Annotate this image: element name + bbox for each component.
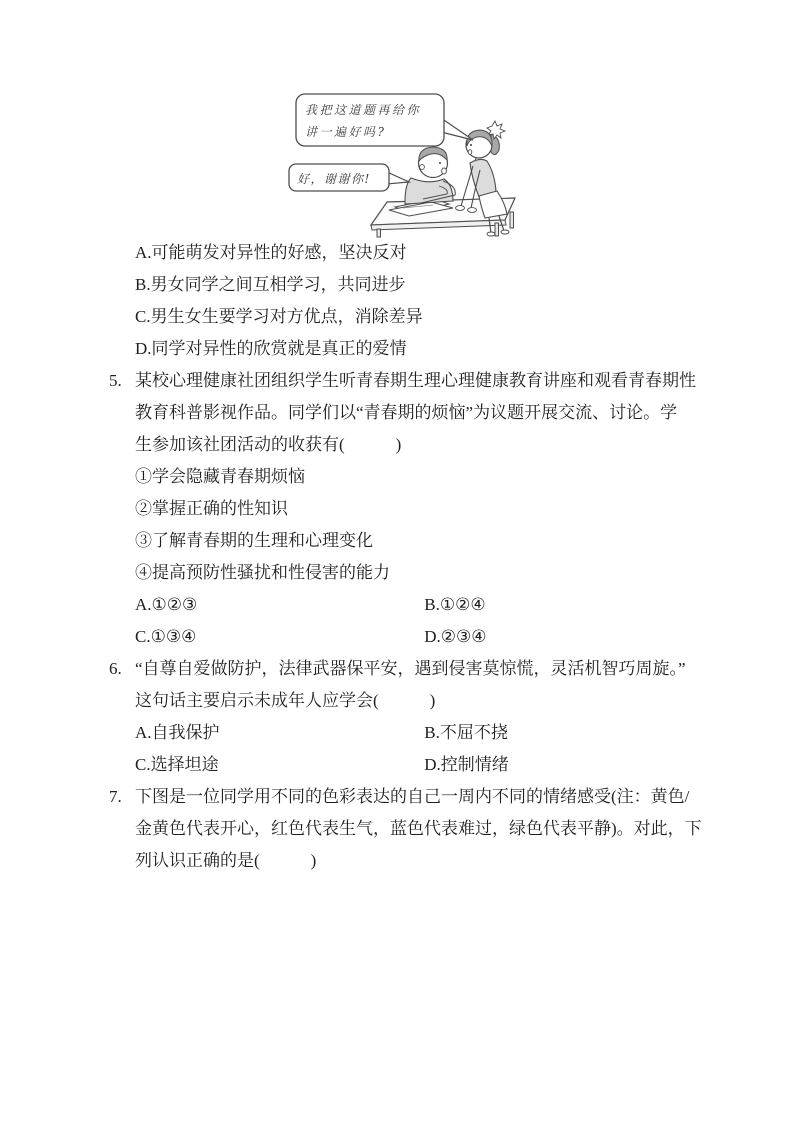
question-text: 这句话主要启示未成年人应学会( ) xyxy=(135,691,435,710)
question-text: 列认识正确的是( ) xyxy=(135,851,316,870)
cartoon-svg: 我把这道题再给你 讲一遍好吗? 好，谢谢你! xyxy=(283,86,589,238)
document-page: 我把这道题再给你 讲一遍好吗? 好，谢谢你! A.可能萌发对异性的好感，坚决反对… xyxy=(0,0,793,1122)
q5-item-4: ④提高预防性骚扰和性侵害的能力 xyxy=(0,557,793,589)
q5-option-row-1: A.①②③ B.①②④ xyxy=(0,589,793,621)
option-text: A.可能萌发对异性的好感，坚决反对 xyxy=(135,243,407,262)
question-text: 教育科普影视作品。同学们以“青春期的烦恼”为议题开展交流、讨论。学 xyxy=(135,403,677,422)
question-text: 生参加该社团活动的收获有( ) xyxy=(135,435,401,454)
q6-option-c: C.选择坦途 xyxy=(135,749,420,781)
option-text: B.男女同学之间互相学习，共同进步 xyxy=(135,275,406,294)
question-text: 下图是一位同学用不同的色彩表达的自己一周内不同的情绪感受(注：黄色/ xyxy=(135,787,689,806)
bubble1-line2: 讲一遍好吗? xyxy=(305,125,386,139)
q4-option-b: B.男女同学之间互相学习，共同进步 xyxy=(0,269,793,301)
q7-line-3: 列认识正确的是( ) xyxy=(0,845,793,877)
question-text: 金黄色代表开心，红色代表生气，蓝色代表难过，绿色代表平静)。对此，下 xyxy=(135,819,702,838)
q6-option-b: B.不屈不挠 xyxy=(424,717,508,749)
item-text: ④提高预防性骚扰和性侵害的能力 xyxy=(135,563,390,582)
q5-line-1: 5. 某校心理健康社团组织学生听青春期生理心理健康教育讲座和观看青春期性 xyxy=(0,365,793,397)
q5-item-3: ③了解青春期的生理和心理变化 xyxy=(0,525,793,557)
question-text: “自尊自爱做防护，法律武器保平安，遇到侵害莫惊慌，灵活机智巧周旋。” xyxy=(135,659,686,678)
q6-option-row-1: A.自我保护 B.不屈不挠 xyxy=(0,717,793,749)
cartoon-illustration: 我把这道题再给你 讲一遍好吗? 好，谢谢你! xyxy=(283,86,589,238)
q6-option-d: D.控制情绪 xyxy=(424,749,509,781)
bubble2-text: 好，谢谢你! xyxy=(297,172,371,186)
q5-line-2: 教育科普影视作品。同学们以“青春期的烦恼”为议题开展交流、讨论。学 xyxy=(0,397,793,429)
q5-option-row-2: C.①③④ D.②③④ xyxy=(0,621,793,653)
q5-option-b: B.①②④ xyxy=(424,589,485,621)
q6-number: 6. xyxy=(109,653,122,685)
questions-content: A.可能萌发对异性的好感，坚决反对 B.男女同学之间互相学习，共同进步 C.男生… xyxy=(0,237,793,877)
q5-item-2: ②掌握正确的性知识 xyxy=(0,493,793,525)
q7-line-1: 7. 下图是一位同学用不同的色彩表达的自己一周内不同的情绪感受(注：黄色/ xyxy=(0,781,793,813)
q5-item-1: ①学会隐藏青春期烦恼 xyxy=(0,461,793,493)
option-text: D.同学对异性的欣赏就是真正的爱情 xyxy=(135,339,407,358)
q5-number: 5. xyxy=(109,365,122,397)
item-text: ③了解青春期的生理和心理变化 xyxy=(135,531,373,550)
q4-option-d: D.同学对异性的欣赏就是真正的爱情 xyxy=(0,333,793,365)
q5-option-d: D.②③④ xyxy=(424,621,486,653)
q4-option-c: C.男生女生要学习对方优点，消除差异 xyxy=(0,301,793,333)
question-text: 某校心理健康社团组织学生听青春期生理心理健康教育讲座和观看青春期性 xyxy=(135,371,696,390)
q5-option-a: A.①②③ xyxy=(135,589,420,621)
q6-option-row-2: C.选择坦途 D.控制情绪 xyxy=(0,749,793,781)
boy-figure xyxy=(405,147,455,204)
q5-line-3: 生参加该社团活动的收获有( ) xyxy=(0,429,793,461)
q4-option-a: A.可能萌发对异性的好感，坚决反对 xyxy=(0,237,793,269)
q6-line-2: 这句话主要启示未成年人应学会( ) xyxy=(0,685,793,717)
q5-option-c: C.①③④ xyxy=(135,621,420,653)
item-text: ②掌握正确的性知识 xyxy=(135,499,288,518)
bubble1-line1: 我把这道题再给你 xyxy=(305,103,421,117)
speech-bubble-boy: 好，谢谢你! xyxy=(289,164,409,191)
option-text: C.男生女生要学习对方优点，消除差异 xyxy=(135,307,423,326)
speech-bubble-girl: 我把这道题再给你 讲一遍好吗? xyxy=(296,94,473,146)
q7-number: 7. xyxy=(109,781,122,813)
q6-line-1: 6. “自尊自爱做防护，法律武器保平安，遇到侵害莫惊慌，灵活机智巧周旋。” xyxy=(0,653,793,685)
q6-option-a: A.自我保护 xyxy=(135,717,420,749)
q7-line-2: 金黄色代表开心，红色代表生气，蓝色代表难过，绿色代表平静)。对此，下 xyxy=(0,813,793,845)
item-text: ①学会隐藏青春期烦恼 xyxy=(135,467,305,486)
